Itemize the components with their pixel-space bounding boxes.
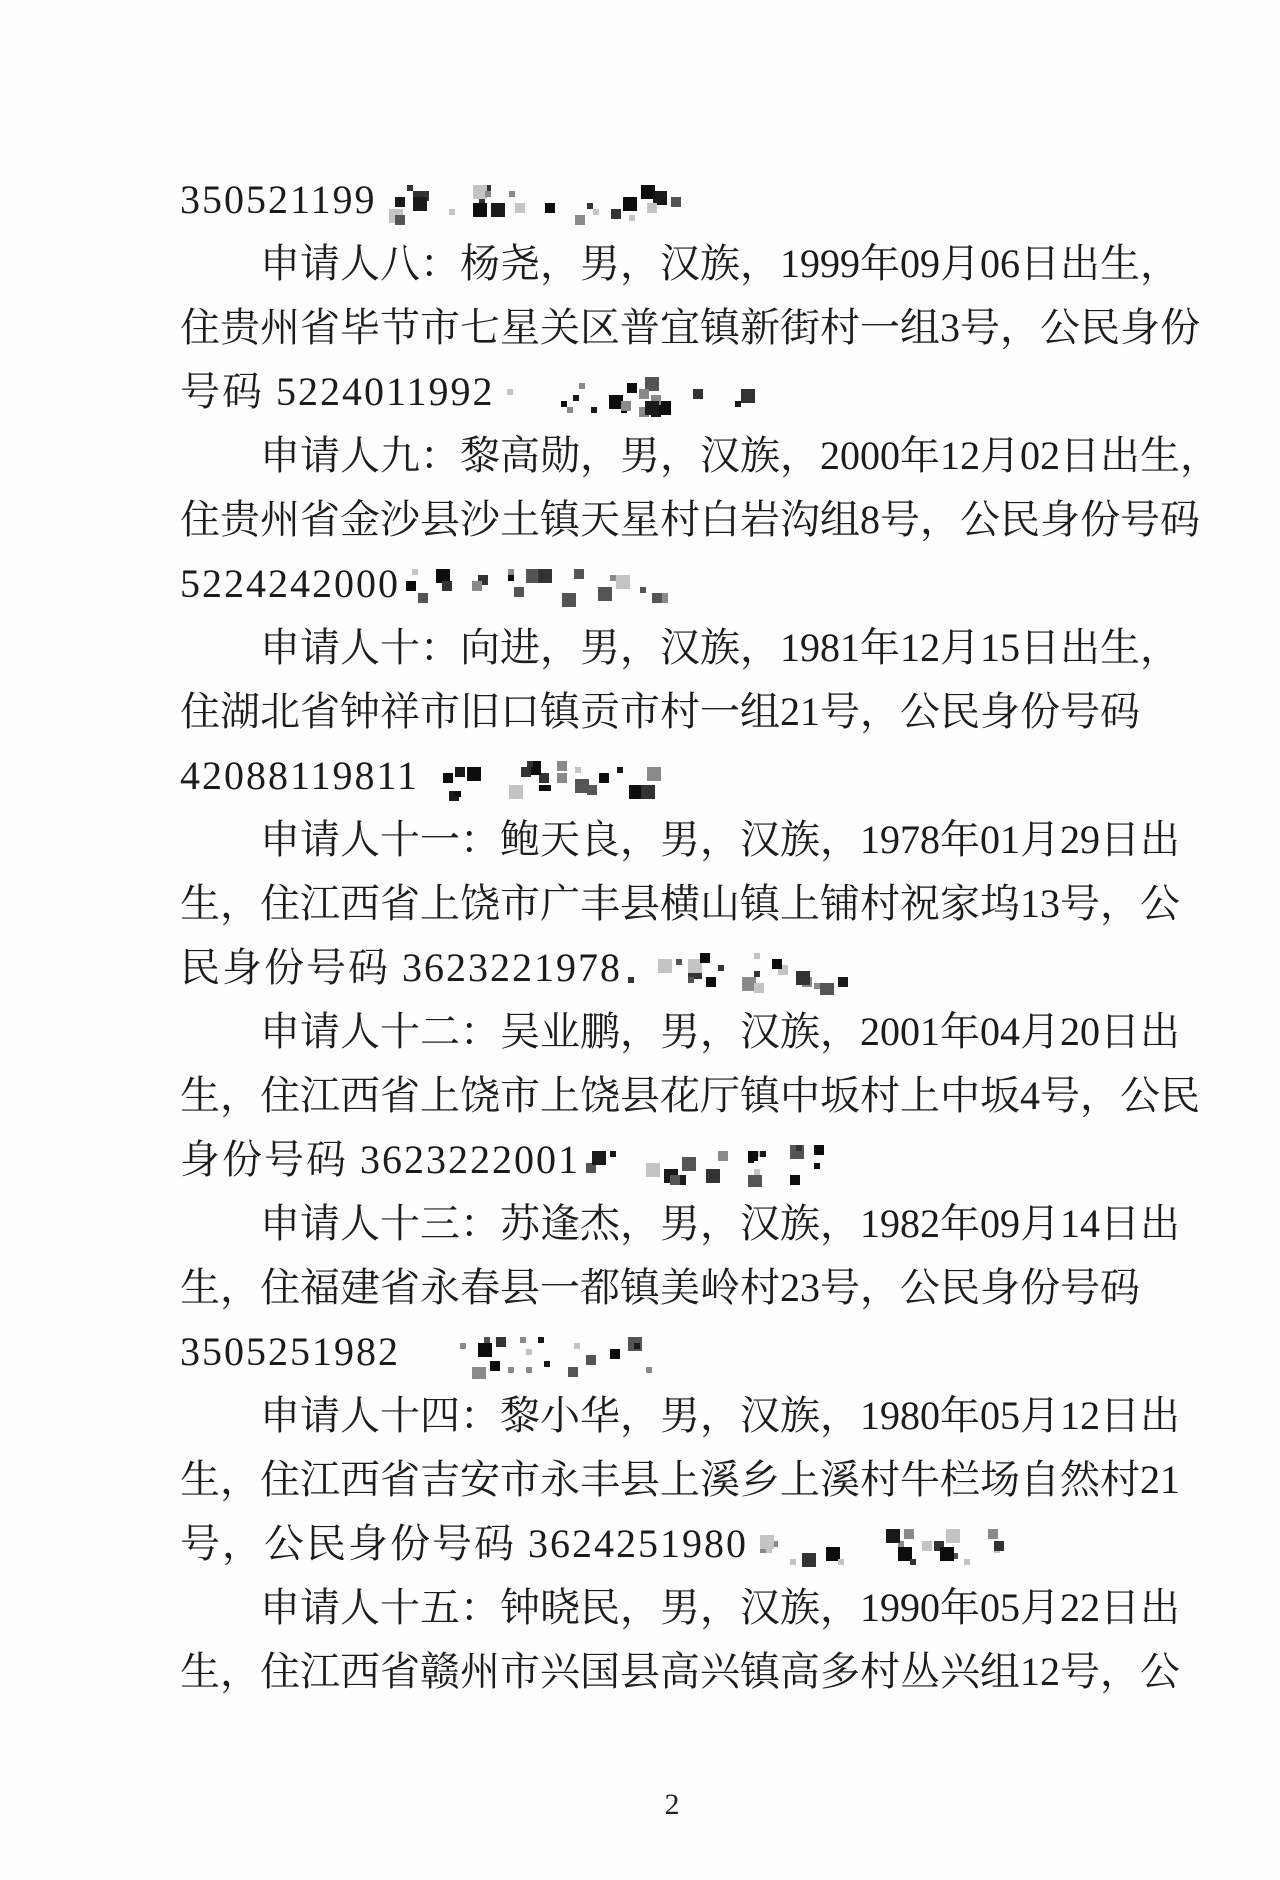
text-token: 申 bbox=[260, 1576, 300, 1640]
text-token: 村 bbox=[860, 1640, 900, 1704]
text-token: 出 bbox=[1140, 1192, 1180, 1256]
text-token: ， bbox=[820, 1384, 860, 1448]
text-token: 月 bbox=[1020, 1384, 1060, 1448]
text-token: 一 bbox=[540, 1256, 580, 1320]
text-token: 14 bbox=[1060, 1192, 1100, 1256]
text-token: 上 bbox=[540, 1064, 580, 1128]
text-token: ， bbox=[1100, 872, 1140, 936]
text-token: 江 bbox=[300, 1448, 340, 1512]
text-line: 生，住江西省上饶市上饶县花厅镇中坂村上中坂4号，公民 bbox=[180, 1064, 1105, 1128]
text-token: 赣 bbox=[420, 1640, 460, 1704]
text-token: 鹏 bbox=[580, 1000, 620, 1064]
text-token: 公 bbox=[1120, 1064, 1160, 1128]
text-line: 生，住江西省上饶市广丰县横山镇上铺村祝家坞13号，公 bbox=[180, 872, 1105, 936]
text-token: 份 bbox=[1080, 488, 1120, 552]
text-token: 普 bbox=[620, 296, 660, 360]
text-token: 4 bbox=[1020, 1064, 1040, 1128]
text-token: 请 bbox=[300, 808, 340, 872]
text-token: 八 bbox=[380, 232, 420, 296]
redaction-mosaic bbox=[406, 565, 676, 611]
text-token: 四 bbox=[420, 1384, 460, 1448]
text-token: 码 bbox=[1100, 1256, 1140, 1320]
text-token: 男 bbox=[660, 1576, 700, 1640]
text-token: 20 bbox=[1060, 1000, 1100, 1064]
text-token: 住 bbox=[260, 1256, 300, 1320]
text-line-redacted: 身份号码 3623222001 bbox=[180, 1128, 1105, 1192]
text-token: 春 bbox=[460, 1256, 500, 1320]
text-token: 上 bbox=[780, 1448, 820, 1512]
text-token: 日 bbox=[1100, 808, 1140, 872]
text-token: 组 bbox=[740, 680, 780, 744]
text-token: 村 bbox=[660, 680, 700, 744]
text-token: 住 bbox=[260, 1064, 300, 1128]
text-token: ， bbox=[620, 1192, 660, 1256]
text-token: 旧 bbox=[460, 680, 500, 744]
text-token: ， bbox=[820, 1192, 860, 1256]
text-line: 住贵州省毕节市七星关区普宜镇新街村一组3号，公民身份 bbox=[180, 296, 1105, 360]
text-token: ： bbox=[460, 808, 500, 872]
text-token: 申 bbox=[260, 1000, 300, 1064]
redaction-mosaic bbox=[586, 1141, 851, 1187]
text-token: 申 bbox=[260, 424, 300, 488]
text-token: 年 bbox=[860, 232, 900, 296]
text-token: 一 bbox=[860, 296, 900, 360]
text-token: 村 bbox=[860, 1448, 900, 1512]
text-line: 生，住江西省赣州市兴国县高兴镇高多村丛兴组12号，公 bbox=[180, 1640, 1105, 1704]
text-token: 村 bbox=[660, 488, 700, 552]
text-token: 西 bbox=[340, 1064, 380, 1128]
text-token: 西 bbox=[340, 1640, 380, 1704]
text-token: 镇 bbox=[740, 872, 780, 936]
text-token: 饶 bbox=[460, 1064, 500, 1128]
text-token: 出 bbox=[1140, 1576, 1180, 1640]
text-token: ， bbox=[620, 232, 660, 296]
text-line: 生，住江西省吉安市永丰县上溪乡上溪村牛栏场自然村21 bbox=[180, 1448, 1105, 1512]
text-token: 州 bbox=[460, 1640, 500, 1704]
text-line: 申请人十五：钟晓民，男，汉族，1990年05月22日出 bbox=[180, 1576, 1105, 1640]
text-token: 族 bbox=[780, 1384, 820, 1448]
text-token: 月 bbox=[940, 232, 980, 296]
redaction-mosaic bbox=[406, 1333, 666, 1379]
text-token: 年 bbox=[860, 616, 900, 680]
text-token: 码 bbox=[1100, 680, 1140, 744]
text-token: 勋 bbox=[540, 424, 580, 488]
text-token: 汉 bbox=[700, 424, 740, 488]
text-token: 高 bbox=[780, 1640, 820, 1704]
text-line: 申请人十三：苏逢杰，男，汉族，1982年09月14日出 bbox=[180, 1192, 1105, 1256]
text-token: 县 bbox=[500, 1256, 540, 1320]
text-token: 出 bbox=[1060, 616, 1100, 680]
text-token: 一 bbox=[420, 808, 460, 872]
text-token: 人 bbox=[340, 616, 380, 680]
text-token: 镇 bbox=[740, 1064, 780, 1128]
text-token: 沟 bbox=[780, 488, 820, 552]
text-token: ， bbox=[220, 1256, 260, 1320]
text-token: 省 bbox=[380, 1064, 420, 1128]
text-token: 乡 bbox=[740, 1448, 780, 1512]
text-token: ， bbox=[740, 616, 780, 680]
text-token: ： bbox=[460, 1576, 500, 1640]
text-line-redacted: 号，公民身份号码 3624251980 bbox=[180, 1512, 1105, 1576]
text-token: 23 bbox=[780, 1256, 820, 1320]
text-token: ， bbox=[620, 1576, 660, 1640]
text-token: 号 bbox=[1060, 1640, 1100, 1704]
text-token: 民 bbox=[940, 680, 980, 744]
redaction-mosaic bbox=[383, 181, 683, 227]
text-token: ， bbox=[780, 424, 820, 488]
text-token: 永 bbox=[420, 1256, 460, 1320]
text-token: ， bbox=[620, 1384, 660, 1448]
text-run: 5224242000 bbox=[180, 561, 400, 606]
text-token: 男 bbox=[660, 1192, 700, 1256]
text-token: ， bbox=[220, 1064, 260, 1128]
text-token: 05 bbox=[980, 1576, 1020, 1640]
text-token: ， bbox=[860, 680, 900, 744]
text-token: 04 bbox=[980, 1000, 1020, 1064]
text-token: 州 bbox=[260, 488, 300, 552]
text-token: 坞 bbox=[980, 872, 1020, 936]
text-token: ： bbox=[460, 1384, 500, 1448]
text-token: 汉 bbox=[740, 808, 780, 872]
text-token: 族 bbox=[700, 232, 740, 296]
text-token: 进 bbox=[500, 616, 540, 680]
text-token: 市 bbox=[420, 680, 460, 744]
text-token: 上 bbox=[660, 1448, 700, 1512]
text-token: 省 bbox=[380, 872, 420, 936]
text-token: 份 bbox=[1020, 680, 1060, 744]
text-token: 天 bbox=[580, 488, 620, 552]
text-line: 申请人八：杨尧，男，汉族，1999年09月06日出生， bbox=[180, 232, 1105, 296]
text-token: 吴 bbox=[500, 1000, 540, 1064]
text-token: 1978 bbox=[860, 808, 940, 872]
text-token: 村 bbox=[860, 1064, 900, 1128]
text-token: 汉 bbox=[740, 1384, 780, 1448]
text-token: 十 bbox=[380, 1192, 420, 1256]
text-token: ： bbox=[460, 1192, 500, 1256]
text-token: 村 bbox=[820, 296, 860, 360]
text-token: 逢 bbox=[540, 1192, 580, 1256]
text-token: 村 bbox=[740, 1256, 780, 1320]
text-token: 村 bbox=[1100, 1448, 1140, 1512]
text-token: ， bbox=[700, 1192, 740, 1256]
text-token: 高 bbox=[660, 1640, 700, 1704]
text-token: ， bbox=[740, 232, 780, 296]
text-token: 男 bbox=[580, 232, 620, 296]
text-token: 13 bbox=[1020, 872, 1060, 936]
text-token: 公 bbox=[1040, 296, 1080, 360]
text-token: 人 bbox=[340, 1576, 380, 1640]
text-line-redacted: 350521199 bbox=[180, 168, 1105, 232]
text-token: 多 bbox=[820, 1640, 860, 1704]
text-token: 日 bbox=[1100, 1384, 1140, 1448]
text-token: 1981 bbox=[780, 616, 860, 680]
text-token: 祥 bbox=[380, 680, 420, 744]
text-token: 丰 bbox=[580, 872, 620, 936]
text-token: 月 bbox=[1020, 1576, 1060, 1640]
text-token: 镇 bbox=[700, 296, 740, 360]
text-token: 民 bbox=[580, 1576, 620, 1640]
text-line: 申请人九：黎高勋，男，汉族，2000年12月02日出生， bbox=[180, 424, 1105, 488]
text-token: 岭 bbox=[700, 1256, 740, 1320]
text-token: 饶 bbox=[460, 872, 500, 936]
text-token: 建 bbox=[340, 1256, 380, 1320]
text-token: 坂 bbox=[980, 1064, 1020, 1128]
text-token: ， bbox=[660, 424, 700, 488]
text-token: 钟 bbox=[340, 680, 380, 744]
text-token: 请 bbox=[300, 1576, 340, 1640]
text-token: 生 bbox=[1100, 616, 1140, 680]
text-token: 省 bbox=[300, 296, 340, 360]
text-line: 住湖北省钟祥市旧口镇贡市村一组21号，公民身份号码 bbox=[180, 680, 1105, 744]
text-token: 09 bbox=[900, 232, 940, 296]
redaction-mosaic bbox=[628, 949, 888, 995]
text-token: 申 bbox=[260, 808, 300, 872]
text-token: 2001 bbox=[860, 1000, 940, 1064]
text-token: 丰 bbox=[580, 1448, 620, 1512]
text-token: 人 bbox=[340, 1000, 380, 1064]
text-token: 族 bbox=[700, 616, 740, 680]
text-run: 身份号码 3623222001 bbox=[180, 1137, 580, 1182]
page-number: 2 bbox=[32, 1788, 1280, 1822]
text-token: 横 bbox=[660, 872, 700, 936]
text-token: 厅 bbox=[700, 1064, 740, 1128]
text-token: 村 bbox=[860, 872, 900, 936]
text-token: 生 bbox=[1140, 424, 1180, 488]
text-token: ， bbox=[1180, 424, 1220, 488]
text-token: 然 bbox=[1060, 1448, 1100, 1512]
text-token: 身 bbox=[1040, 488, 1080, 552]
text-run: 号码 5224011992 bbox=[180, 369, 495, 414]
text-token: 鲍 bbox=[500, 808, 540, 872]
text-line: 生，住福建省永春县一都镇美岭村23号，公民身份号码 bbox=[180, 1256, 1105, 1320]
text-token: 关 bbox=[540, 296, 580, 360]
text-token: 1990 bbox=[860, 1576, 940, 1640]
text-token: 日 bbox=[1020, 616, 1060, 680]
text-token: 号 bbox=[1060, 1256, 1100, 1320]
text-token: 12 bbox=[940, 424, 980, 488]
text-token: 黎 bbox=[500, 1384, 540, 1448]
text-token: 街 bbox=[780, 296, 820, 360]
text-line: 申请人十：向进，男，汉族，1981年12月15日出生， bbox=[180, 616, 1105, 680]
text-token: 06 bbox=[980, 232, 1020, 296]
text-token: ： bbox=[460, 1000, 500, 1064]
text-token: 星 bbox=[500, 296, 540, 360]
text-line: 住贵州省金沙县沙土镇天星村白岩沟组8号，公民身份号码 bbox=[180, 488, 1105, 552]
text-token: 请 bbox=[300, 424, 340, 488]
text-token: 生 bbox=[180, 1448, 220, 1512]
text-token: 镇 bbox=[620, 1256, 660, 1320]
text-token: 出 bbox=[1140, 1384, 1180, 1448]
text-token: ： bbox=[420, 616, 460, 680]
text-token: 镇 bbox=[540, 488, 580, 552]
document-page: 350521199申请人八：杨尧，男，汉族，1999年09月06日出生，住贵州省… bbox=[0, 0, 1280, 1880]
text-token: 日 bbox=[1020, 232, 1060, 296]
text-line: 申请人十一：鲍天良，男，汉族，1978年01月29日出 bbox=[180, 808, 1105, 872]
text-token: 请 bbox=[300, 1000, 340, 1064]
text-token: 申 bbox=[260, 1384, 300, 1448]
text-token: ： bbox=[420, 232, 460, 296]
text-token: 月 bbox=[1020, 808, 1060, 872]
text-token: 白 bbox=[700, 488, 740, 552]
redaction-mosaic bbox=[754, 1525, 1009, 1571]
text-token: 镇 bbox=[540, 680, 580, 744]
text-token: 高 bbox=[500, 424, 540, 488]
text-token: 贡 bbox=[580, 680, 620, 744]
text-token: 上 bbox=[420, 1064, 460, 1128]
text-token: 汉 bbox=[660, 616, 700, 680]
text-line: 申请人十四：黎小华，男，汉族，1980年05月12日出 bbox=[180, 1384, 1105, 1448]
text-token: 都 bbox=[580, 1256, 620, 1320]
text-token: 号 bbox=[880, 488, 920, 552]
text-token: 吉 bbox=[420, 1448, 460, 1512]
text-token: 江 bbox=[300, 1640, 340, 1704]
redaction-mosaic bbox=[425, 757, 675, 803]
text-token: 晓 bbox=[540, 1576, 580, 1640]
text-token: 市 bbox=[420, 296, 460, 360]
text-token: ， bbox=[220, 872, 260, 936]
text-token: 人 bbox=[340, 424, 380, 488]
text-token: 公 bbox=[900, 1256, 940, 1320]
text-line-redacted: 42088119811 bbox=[180, 744, 1105, 808]
text-token: 汉 bbox=[660, 232, 700, 296]
text-token: 身 bbox=[980, 1256, 1020, 1320]
text-token: ， bbox=[820, 1000, 860, 1064]
text-token: 区 bbox=[580, 296, 620, 360]
text-token: 请 bbox=[300, 1192, 340, 1256]
text-token: 兴 bbox=[700, 1640, 740, 1704]
text-token: 份 bbox=[1020, 1256, 1060, 1320]
text-token: 组 bbox=[900, 296, 940, 360]
text-token: 五 bbox=[420, 1576, 460, 1640]
text-token: 上 bbox=[780, 872, 820, 936]
text-token: ， bbox=[820, 1576, 860, 1640]
text-token: 州 bbox=[260, 296, 300, 360]
text-token: 码 bbox=[1160, 488, 1200, 552]
text-token: 号 bbox=[1060, 680, 1100, 744]
text-token: 12 bbox=[900, 616, 940, 680]
text-token: 公 bbox=[1140, 1640, 1180, 1704]
text-token: 省 bbox=[380, 1640, 420, 1704]
text-line-redacted: 民身份号码 3623221978 bbox=[180, 936, 1105, 1000]
text-token: 祝 bbox=[900, 872, 940, 936]
text-token: 省 bbox=[300, 488, 340, 552]
text-token: 饶 bbox=[580, 1064, 620, 1128]
text-token: ， bbox=[220, 1448, 260, 1512]
text-token: 男 bbox=[660, 1000, 700, 1064]
text-token: 号 bbox=[1040, 1064, 1080, 1128]
text-token: 月 bbox=[980, 424, 1020, 488]
text-token: 族 bbox=[780, 1000, 820, 1064]
text-token: 市 bbox=[500, 1064, 540, 1128]
text-token: ， bbox=[1100, 1640, 1140, 1704]
text-token: 1980 bbox=[860, 1384, 940, 1448]
text-token: 12 bbox=[1060, 1384, 1100, 1448]
text-token: 节 bbox=[380, 296, 420, 360]
text-token: 江 bbox=[300, 1064, 340, 1128]
text-line-redacted: 5224242000 bbox=[180, 552, 1105, 616]
text-token: 族 bbox=[780, 1192, 820, 1256]
text-token: 人 bbox=[340, 1384, 380, 1448]
text-token: 21 bbox=[1140, 1448, 1180, 1512]
text-token: 年 bbox=[940, 1000, 980, 1064]
text-token: 男 bbox=[580, 616, 620, 680]
text-token: 02 bbox=[1020, 424, 1060, 488]
text-run: 42088119811 bbox=[180, 753, 419, 798]
text-token: 丛 bbox=[900, 1640, 940, 1704]
text-token: 金 bbox=[340, 488, 380, 552]
text-token: 请 bbox=[300, 616, 340, 680]
text-token: 花 bbox=[660, 1064, 700, 1128]
text-token: 坂 bbox=[820, 1064, 860, 1128]
text-token: 贵 bbox=[220, 296, 260, 360]
text-token: 1999 bbox=[780, 232, 860, 296]
text-token: 12 bbox=[1020, 1640, 1060, 1704]
text-token: 请 bbox=[300, 232, 340, 296]
text-token: 县 bbox=[620, 872, 660, 936]
text-token: 申 bbox=[260, 232, 300, 296]
text-token: ， bbox=[700, 808, 740, 872]
text-token: 国 bbox=[580, 1640, 620, 1704]
text-token: ， bbox=[620, 616, 660, 680]
text-token: 公 bbox=[960, 488, 1000, 552]
text-token: 溪 bbox=[820, 1448, 860, 1512]
text-token: 8 bbox=[860, 488, 880, 552]
text-token: 家 bbox=[940, 872, 980, 936]
text-token: 族 bbox=[780, 808, 820, 872]
text-token: 口 bbox=[500, 680, 540, 744]
text-token: 九 bbox=[380, 424, 420, 488]
text-token: 上 bbox=[420, 872, 460, 936]
text-token: 组 bbox=[820, 488, 860, 552]
text-token: 场 bbox=[980, 1448, 1020, 1512]
text-token: 土 bbox=[500, 488, 540, 552]
text-token: ， bbox=[700, 1576, 740, 1640]
text-token: 杰 bbox=[580, 1192, 620, 1256]
text-token: 日 bbox=[1100, 1000, 1140, 1064]
text-token: ， bbox=[1080, 1064, 1120, 1128]
text-token: 3 bbox=[940, 296, 960, 360]
text-token: 男 bbox=[660, 808, 700, 872]
text-token: 自 bbox=[1020, 1448, 1060, 1512]
text-token: 苏 bbox=[500, 1192, 540, 1256]
text-run: 3505251982 bbox=[180, 1329, 400, 1374]
text-token: 毕 bbox=[340, 296, 380, 360]
text-token: 兴 bbox=[940, 1640, 980, 1704]
text-token: 新 bbox=[740, 296, 780, 360]
text-token: 沙 bbox=[380, 488, 420, 552]
text-token: 月 bbox=[1020, 1000, 1060, 1064]
text-token: ， bbox=[860, 1256, 900, 1320]
text-token: 十 bbox=[380, 1576, 420, 1640]
text-token: 市 bbox=[500, 1448, 540, 1512]
text-token: 1982 bbox=[860, 1192, 940, 1256]
text-token: 年 bbox=[940, 1192, 980, 1256]
text-token: 出 bbox=[1060, 232, 1100, 296]
text-token: 上 bbox=[900, 1064, 940, 1128]
text-token: 牛 bbox=[900, 1448, 940, 1512]
text-token: 出 bbox=[1100, 424, 1140, 488]
text-token: 申 bbox=[260, 1192, 300, 1256]
text-token: ， bbox=[540, 232, 580, 296]
text-token: 一 bbox=[700, 680, 740, 744]
text-token: 良 bbox=[580, 808, 620, 872]
text-token: ， bbox=[620, 808, 660, 872]
text-token: 北 bbox=[260, 680, 300, 744]
text-token: 号 bbox=[1120, 488, 1160, 552]
text-token: 汉 bbox=[740, 1192, 780, 1256]
text-token: 江 bbox=[300, 872, 340, 936]
text-token: 镇 bbox=[740, 1640, 780, 1704]
